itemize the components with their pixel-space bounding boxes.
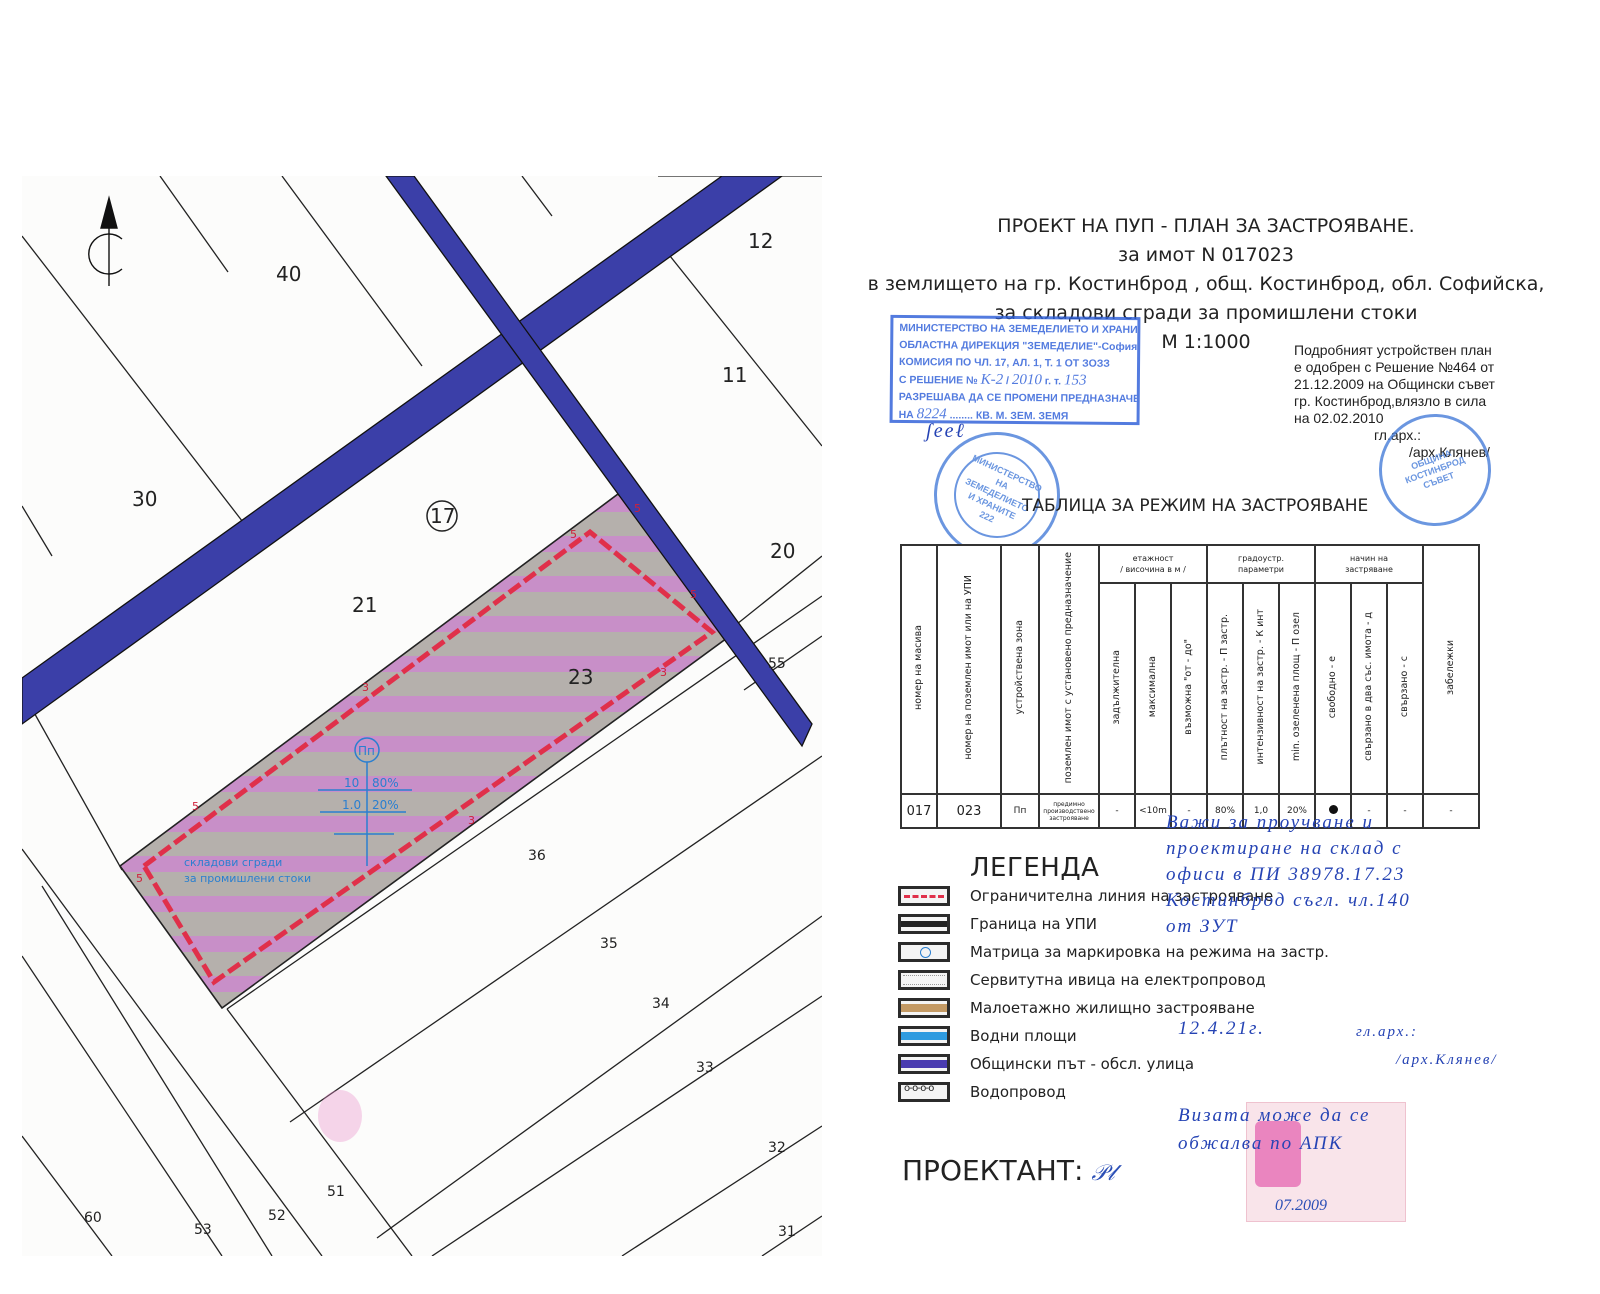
water-area-icon — [898, 1026, 950, 1046]
svg-text:30: 30 — [132, 487, 157, 511]
svg-text:23: 23 — [568, 665, 593, 689]
svg-text:12: 12 — [748, 229, 773, 253]
handwritten-date: 12.4.21г. — [1178, 1018, 1265, 1040]
municipal-road-icon — [898, 1054, 950, 1074]
svg-text:20%: 20% — [372, 798, 399, 812]
official-signature: ʃeeℓ — [926, 420, 966, 443]
handwritten-visa-note: Важи за проучване и проектиране на склад… — [1166, 810, 1411, 940]
svg-text:32: 32 — [768, 1140, 786, 1156]
svg-text:36: 36 — [528, 848, 546, 864]
plan-property-id: за имот N 017023 — [826, 241, 1586, 270]
svg-text:5: 5 — [690, 588, 697, 601]
designer-signature-block: ПРОЕКТАНТ:𝒫𝓁 — [902, 1154, 1115, 1187]
svg-text:17: 17 — [430, 504, 455, 528]
svg-text:10: 10 — [344, 776, 359, 790]
red-dashed-line-icon — [898, 886, 950, 906]
north-arrow-icon — [89, 198, 122, 286]
svg-text:1.0: 1.0 — [342, 798, 361, 812]
legend-item: Сервитутна ивица на електропровод — [898, 966, 1329, 994]
svg-text:51: 51 — [327, 1184, 345, 1200]
svg-text:3: 3 — [468, 814, 475, 827]
svg-text:11: 11 — [722, 363, 747, 387]
plan-title: ПРОЕКТ НА ПУП - ПЛАН ЗА ЗАСТРОЯВАНЕ. — [826, 212, 1586, 241]
svg-text:Пп: Пп — [358, 744, 375, 758]
svg-text:53: 53 — [194, 1222, 212, 1238]
svg-text:80%: 80% — [372, 776, 399, 790]
plan-location: в землището на гр. Костинброд , общ. Кос… — [826, 270, 1586, 299]
handwritten-chief-architect: гл.арх.: /арх.Клянев/ — [1356, 1018, 1498, 1074]
power-line-servitude-icon — [898, 970, 950, 990]
svg-text:55: 55 — [768, 656, 786, 672]
svg-text:3: 3 — [660, 666, 667, 679]
upi-boundary-icon — [898, 914, 950, 934]
legend-item: Общински път - обсл. улица — [898, 1050, 1329, 1078]
ink-stain — [318, 1090, 362, 1142]
water-pipe-icon — [898, 1082, 950, 1102]
regime-matrix-icon — [898, 942, 950, 962]
svg-text:за промишлени стоки: за промишлени стоки — [184, 872, 311, 885]
handwritten-appeal-note: Визата може да се обжалва по АПК — [1178, 1102, 1370, 1158]
building-regime-table: номер на масива номер на поземлен имот и… — [900, 544, 1480, 829]
svg-text:31: 31 — [778, 1224, 796, 1240]
cadastral-map: 40 12 11 30 17 21 20 23 36 35 34 33 32 3… — [22, 176, 822, 1256]
legend-item: Матрица за маркировка на режима на застр… — [898, 938, 1329, 966]
svg-text:складови сгради: складови сгради — [184, 856, 282, 869]
svg-text:60: 60 — [84, 1210, 102, 1226]
regime-table-title: ТАБЛИЦА ЗА РЕЖИМ НА ЗАСТРОЯВАНЕ — [1022, 496, 1368, 516]
low-rise-housing-icon — [898, 998, 950, 1018]
svg-text:40: 40 — [276, 262, 301, 286]
svg-text:35: 35 — [600, 936, 618, 952]
svg-text:3: 3 — [362, 681, 369, 694]
svg-text:33: 33 — [696, 1060, 714, 1076]
svg-text:5: 5 — [136, 872, 143, 885]
svg-text:20: 20 — [770, 539, 795, 563]
svg-text:52: 52 — [268, 1208, 286, 1224]
svg-text:34: 34 — [652, 996, 670, 1012]
svg-text:5: 5 — [192, 800, 199, 813]
svg-text:5: 5 — [570, 528, 577, 541]
svg-text:5: 5 — [634, 502, 641, 515]
svg-text:21: 21 — [352, 593, 377, 617]
designer-signature: 𝒫𝓁 — [1091, 1160, 1114, 1185]
ministry-stamp: МИНИСТЕРСТВО НА ЗЕМЕДЕЛИЕТО И ХРАНИТЕ ОБ… — [890, 315, 1141, 425]
map-canvas: 40 12 11 30 17 21 20 23 36 35 34 33 32 3… — [22, 176, 822, 1256]
plan-info-sheet: ПРОЕКТ НА ПУП - ПЛАН ЗА ЗАСТРОЯВАНЕ. за … — [826, 182, 1586, 1254]
